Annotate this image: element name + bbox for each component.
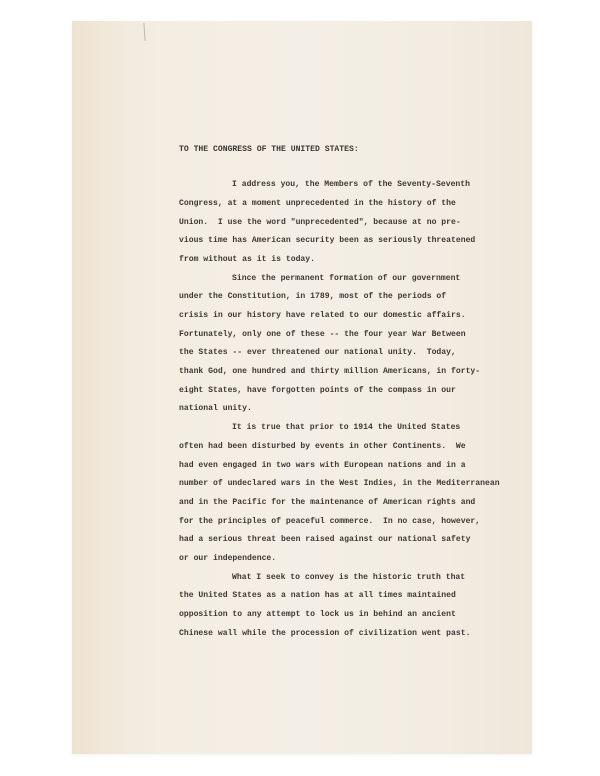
text-line: opposition to any attempt to lock us in …: [179, 606, 519, 625]
text-line: vious time has American security been as…: [179, 232, 519, 251]
typewritten-text: TO THE CONGRESS OF THE UNITED STATES: I …: [179, 141, 519, 643]
text-line: had even engaged in two wars with Europe…: [179, 457, 519, 476]
text-line: often had been disturbed by events in ot…: [179, 438, 519, 457]
salutation: TO THE CONGRESS OF THE UNITED STATES:: [179, 141, 519, 160]
paragraph-4: What I seek to convey is the historic tr…: [179, 569, 519, 644]
text-line: Fortunately, only one of these -- the fo…: [179, 326, 519, 345]
paper-stain: [72, 21, 132, 754]
text-line: eight States, have forgotten points of t…: [179, 382, 519, 401]
paragraph-3: It is true that prior to 1914 the United…: [179, 419, 519, 569]
paragraph-1: I address you, the Members of the Sevent…: [179, 176, 519, 269]
text-line: number of undeclared wars in the West In…: [179, 475, 519, 494]
text-line: or our independence.: [179, 550, 519, 569]
text-line: thank God, one hundred and thirty millio…: [179, 363, 519, 382]
text-line: Since the permanent formation of our gov…: [179, 270, 519, 289]
text-line: from without as it is today.: [179, 251, 519, 270]
text-line: It is true that prior to 1914 the United…: [179, 419, 519, 438]
text-line: Congress, at a moment unprecedented in t…: [179, 195, 519, 214]
text-line: crisis in our history have related to ou…: [179, 307, 519, 326]
text-line: What I seek to convey is the historic tr…: [179, 569, 519, 588]
text-line: Union. I use the word "unprecedented", b…: [179, 214, 519, 233]
text-line: I address you, the Members of the Sevent…: [179, 176, 519, 195]
pencil-mark: [143, 23, 145, 41]
text-line: Chinese wall while the procession of civ…: [179, 625, 519, 644]
text-line: had a serious threat been raised against…: [179, 531, 519, 550]
text-line: under the Constitution, in 1789, most of…: [179, 288, 519, 307]
text-line: national unity.: [179, 400, 519, 419]
text-line: and in the Pacific for the maintenance o…: [179, 494, 519, 513]
paragraph-2: Since the permanent formation of our gov…: [179, 270, 519, 420]
text-line: for the principles of peaceful commerce.…: [179, 513, 519, 532]
text-line: the United States as a nation has at all…: [179, 587, 519, 606]
document-page: TO THE CONGRESS OF THE UNITED STATES: I …: [72, 21, 532, 754]
text-line: the States -- ever threatened our nation…: [179, 344, 519, 363]
